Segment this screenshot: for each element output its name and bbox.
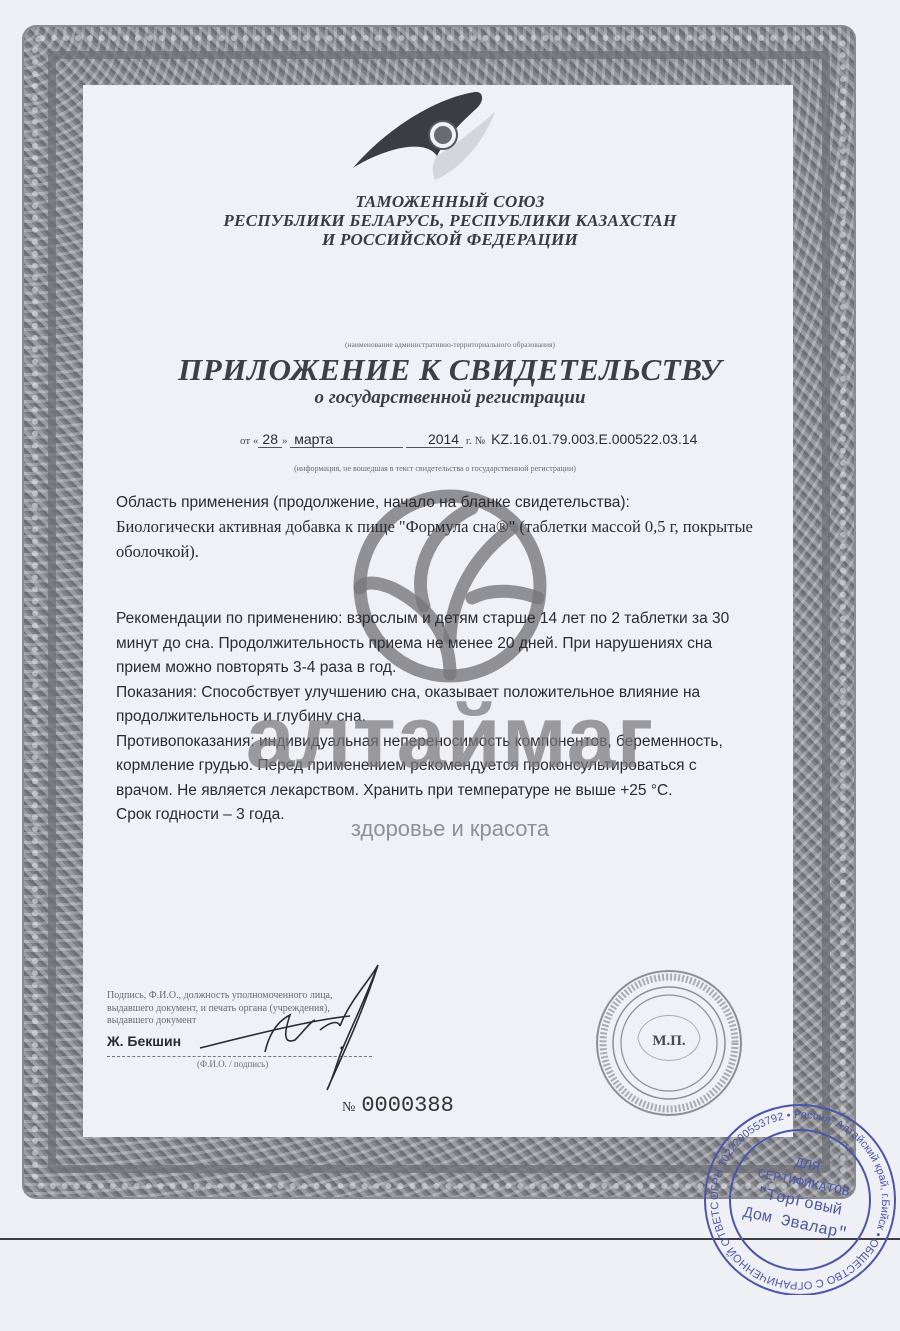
registration-day: 28 — [258, 431, 282, 448]
customs-union-emblem-icon — [345, 90, 505, 185]
document-title: ПРИЛОЖЕНИЕ К СВИДЕТЕЛЬСТВУ — [0, 352, 900, 388]
union-line-3: И РОССИЙСКОЙ ФЕДЕРАЦИИ — [0, 230, 900, 249]
admin-territory-caption: (наименование административно-территориа… — [0, 340, 900, 349]
serial-label: № — [342, 1100, 355, 1115]
year-suffix: г. — [466, 435, 472, 447]
scope-section: Область применения (продолжение, начало … — [116, 491, 756, 516]
union-line-2: РЕСПУБЛИКИ БЕЛАРУСЬ, РЕСПУБЛИКИ КАЗАХСТА… — [0, 211, 900, 230]
registration-line: от «28» марта 2014 г. №KZ.16.01.79.003.E… — [240, 431, 697, 447]
serial-value: 0000388 — [361, 1093, 453, 1118]
customs-union-heading: ТАМОЖЕННЫЙ СОЮЗ РЕСПУБЛИКИ БЕЛАРУСЬ, РЕС… — [0, 192, 900, 249]
company-stamp-icon: ОГРН 1022200553792 • Россия, Алтайский к… — [700, 1100, 900, 1295]
signer-name: Ж. Бекшин — [107, 1033, 181, 1049]
scope-text: Биологически активная добавка к пище "Фо… — [116, 515, 756, 564]
info-caption: (информация, не вошедшая в текст свидете… — [0, 464, 870, 473]
scope-text-block: Биологически активная добавка к пище "Фо… — [116, 515, 756, 564]
scope-heading: Область применения (продолжение, начало … — [116, 491, 756, 516]
seal-label: М.П. — [583, 1033, 755, 1050]
quote-close: » — [282, 435, 288, 447]
serial-number: №0000388 — [342, 1093, 454, 1118]
document-subtitle: о государственной регистрации — [0, 387, 900, 409]
registration-month: марта — [290, 431, 403, 448]
handwritten-signature-icon — [190, 960, 400, 1100]
union-line-1: ТАМОЖЕННЫЙ СОЮЗ — [0, 192, 900, 211]
recommendations: Рекомендации по применению: взрослым и д… — [116, 607, 756, 681]
number-label: № — [475, 435, 486, 447]
registration-number: KZ.16.01.79.003.E.000522.03.14 — [491, 431, 697, 447]
watermark-brand: алтаймаг — [0, 693, 900, 781]
registration-year: 2014 — [406, 431, 463, 448]
from-label: от « — [240, 435, 258, 447]
watermark-tagline: здоровье и красота — [0, 816, 900, 842]
